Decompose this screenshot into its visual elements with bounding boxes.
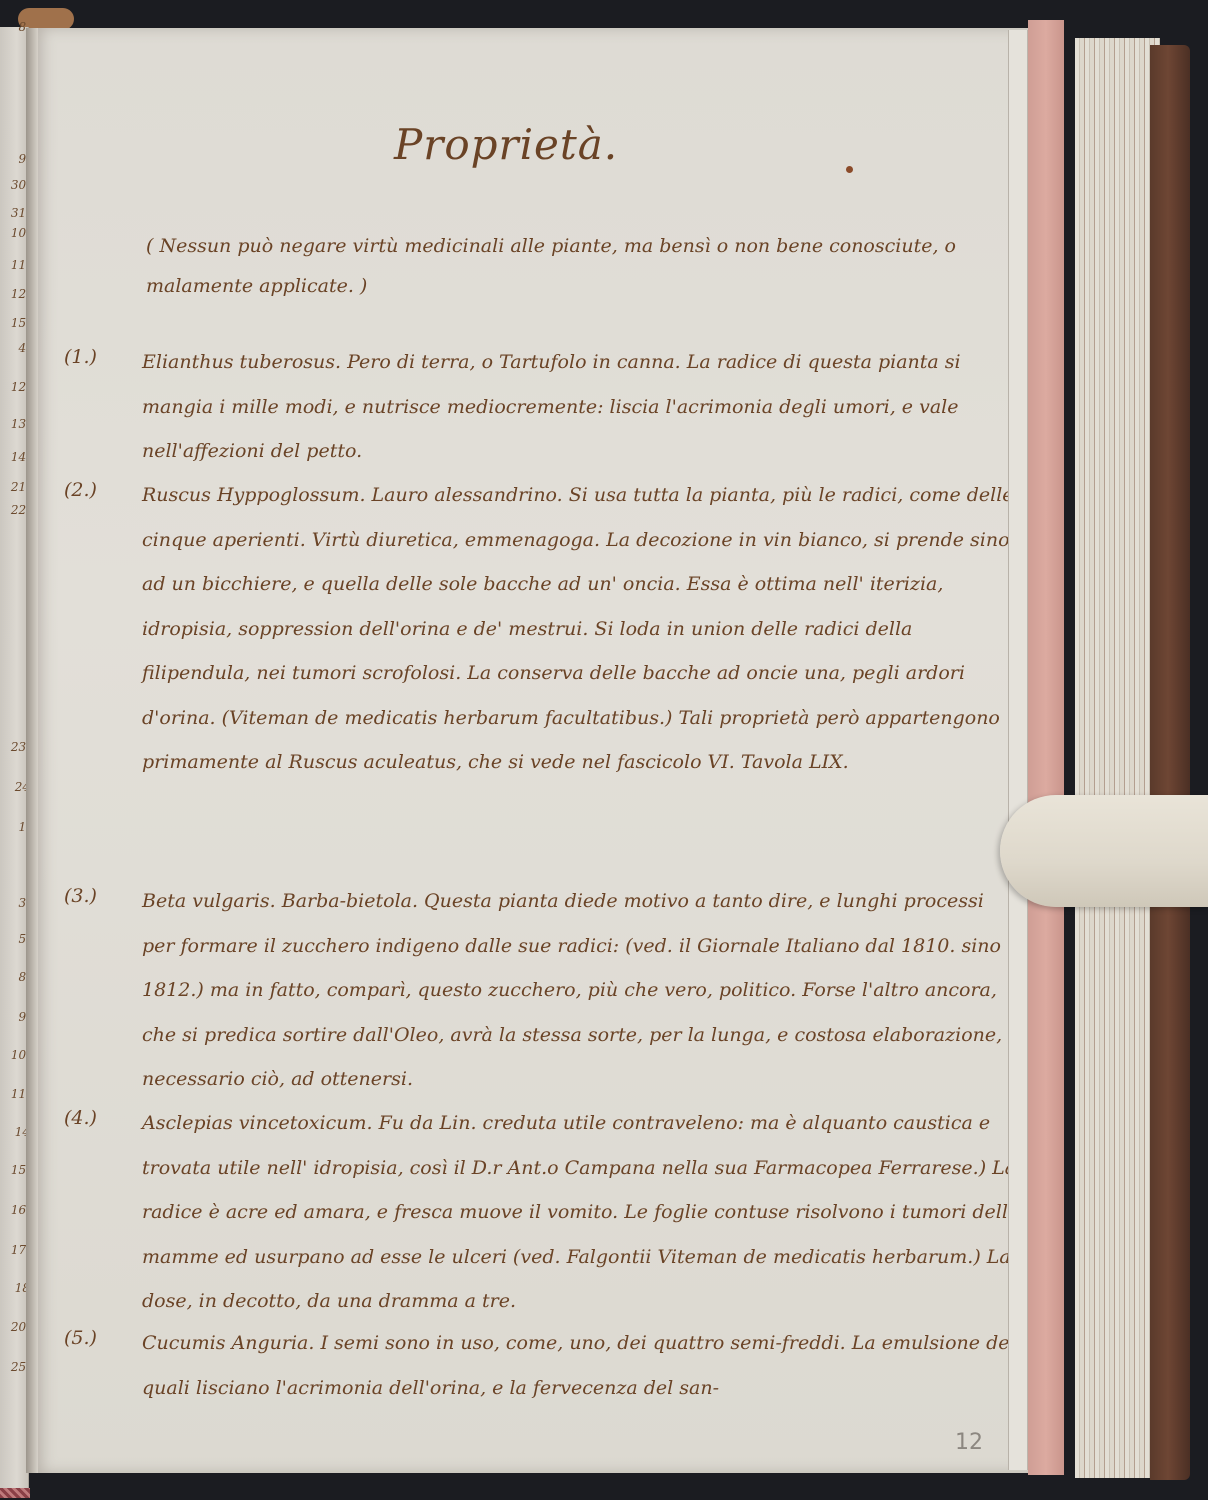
entry-number: (1.) [64,346,97,368]
entry-text: Cucumis Anguria. I semi sono in uso, com… [142,1321,1022,1410]
entry-text: Ruscus Hyppoglossum. Lauro alessandrino.… [142,473,1022,785]
page-edge [1008,30,1028,1470]
gutter-shadow [26,28,38,1473]
page-title: Proprietà. [394,120,618,169]
manuscript-page: Proprietà. ( Nessun può negare virtù med… [34,28,1034,1473]
ink-blot [846,166,853,173]
leather-cover [1150,45,1190,1480]
entry-number: (4.) [64,1107,97,1129]
entry-text: Elianthus tuberosus. Pero di terra, o Ta… [142,340,1022,474]
bone-bookmark[interactable] [1000,795,1208,907]
entry-number: (5.) [64,1327,97,1349]
page-block-edges [1075,38,1160,1478]
entry-text: Beta vulgaris. Barba-bietola. Questa pia… [142,879,1022,1102]
page-number: 12 [955,1430,983,1455]
preface-note: ( Nessun può negare virtù medicinali all… [146,226,1006,306]
entry-number: (2.) [64,479,97,501]
binding-thread [0,1488,30,1498]
pink-flyleaf-edge [1028,20,1064,1475]
entry-text: Asclepias vincetoxicum. Fu da Lin. credu… [142,1101,1022,1324]
entry-number: (3.) [64,885,97,907]
